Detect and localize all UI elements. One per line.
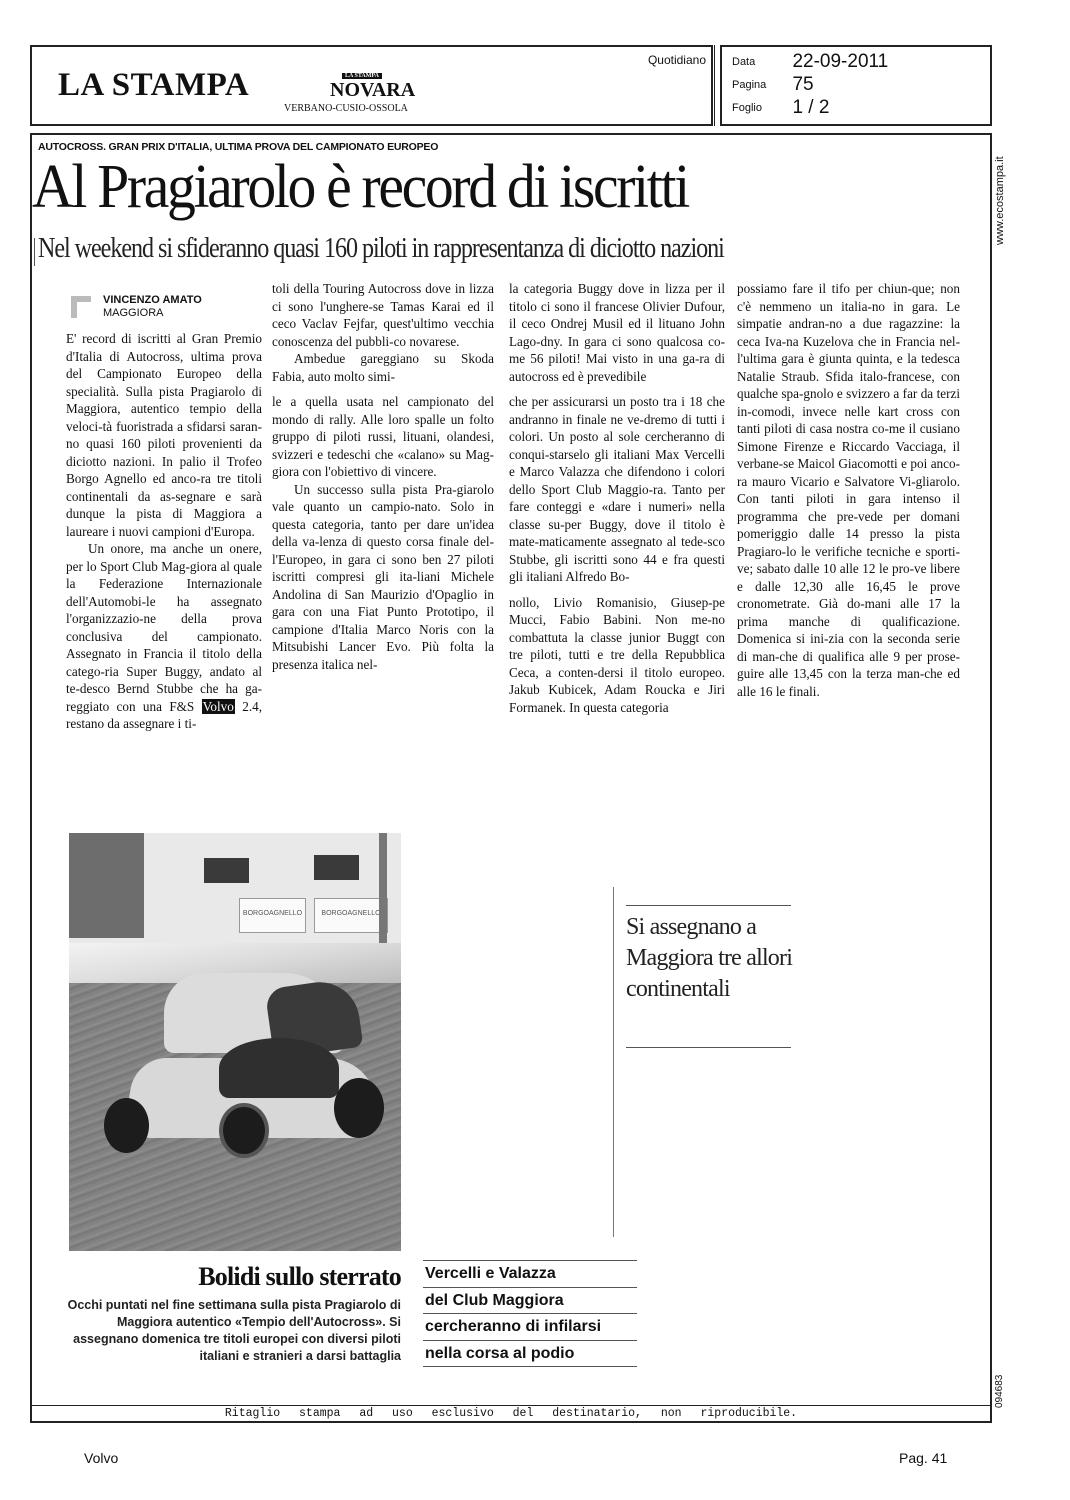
edition-region: VERBANO-CUSIO-OSSOLA (284, 103, 408, 114)
photo-wheel (334, 1078, 384, 1138)
masthead-box: LA STAMPA LA STAMPA NOVARA VERBANO-CUSIO… (30, 45, 713, 126)
edition-name: NOVARA (330, 79, 415, 102)
paragraph: nollo, Livio Romanisio, Giusep-pe Mucci,… (509, 594, 725, 717)
side-code: 094683 (994, 1362, 1016, 1412)
page-value: 75 (792, 74, 813, 95)
subhead-rule (34, 238, 35, 266)
article-column-4: possiamo fare il tifo per chiun-que; non… (737, 280, 960, 700)
sheet-label: Foglio (732, 102, 788, 114)
pullquote-rule-vertical (613, 887, 614, 1237)
paragraph: E' record di iscritti al Gran Premio d'I… (66, 330, 262, 540)
race-photo: BORGOAGNELLO BORGOAGNELLO (69, 833, 401, 1251)
pullquote-rule-top (626, 905, 791, 906)
photo-window (314, 855, 359, 880)
pullquote-rule-bottom (626, 1047, 791, 1048)
date-value: 22-09-2011 (792, 51, 888, 72)
secondary-headline-rule (423, 1366, 637, 1367)
secondary-headline-line: del Club Maggiora (423, 1287, 637, 1314)
secondary-headline-line: Vercelli e Valazza (423, 1260, 637, 1287)
footer-divider (32, 1405, 990, 1406)
paragraph: la categoria Buggy dove in lizza per il … (509, 280, 725, 385)
byline-corner-mark (71, 296, 91, 318)
secondary-headline-line: cercheranno di infilarsi (423, 1313, 637, 1340)
footer-keyword: Volvo (84, 1450, 118, 1466)
photo-wheel (219, 1103, 269, 1158)
paragraph: che per assicurarsi un posto tra i 18 ch… (509, 393, 725, 586)
paragraph: Un successo sulla pista Pra-giarolo vale… (272, 481, 494, 674)
date-label: Data (732, 56, 788, 68)
footer-page-number: Pag. 41 (899, 1450, 947, 1466)
photo-buggy-cockpit (219, 1038, 339, 1098)
copyright-disclaimer: Ritaglio stampa ad uso esclusivo del des… (32, 1407, 990, 1420)
photo-window (204, 858, 249, 883)
paragraph: le a quella usata nel campionato del mon… (272, 393, 494, 481)
article-subhead: Nel weekend si sfideranno quasi 160 pilo… (38, 233, 724, 265)
article-column-1: E' record di iscritti al Gran Premio d'I… (66, 330, 262, 733)
article-column-3: la categoria Buggy dove in lizza per il … (509, 280, 725, 716)
page-label: Pagina (732, 79, 788, 91)
photo-sponsor-sign: BORGOAGNELLO (239, 898, 306, 933)
pull-quote: Si assegnano a Maggiora tre allori conti… (626, 912, 796, 1005)
publication-type: Quotidiano (648, 53, 706, 67)
date-row: Data 22-09-2011 (732, 51, 888, 73)
paragraph: Un onore, ma anche un onere, per lo Spor… (66, 540, 262, 733)
photo-sponsor-sign: BORGOAGNELLO (314, 898, 388, 933)
metadata-box: Data 22-09-2011 Pagina 75 Foglio 1 / 2 (720, 45, 992, 126)
article-column-2: toli della Touring Autocross dove in liz… (272, 280, 494, 673)
byline-author: VINCENZO AMATO (103, 294, 202, 306)
secondary-headline: Vercelli e Valazza del Club Maggiora cer… (423, 1260, 637, 1367)
newspaper-brand: LA STAMPA (58, 67, 249, 104)
side-code-text: 094683 (994, 1375, 1005, 1408)
photo-wheel (104, 1098, 149, 1153)
paragraph: possiamo fare il tifo per chiun-que; non… (737, 280, 960, 700)
paragraph: Ambedue gareggiano su Skoda Fabia, auto … (272, 350, 494, 385)
page-row: Pagina 75 (732, 74, 814, 96)
photo-title: Bolidi sullo sterrato (60, 1262, 401, 1292)
sheet-value: 1 / 2 (792, 97, 829, 118)
paragraph-text: Un onore, ma anche un onere, per lo Spor… (66, 541, 262, 714)
side-url: www.ecostampa.it (994, 145, 1016, 245)
photo-caption: Occhi puntati nel fine settimana sulla p… (60, 1297, 401, 1365)
paragraph: toli della Touring Autocross dove in liz… (272, 280, 494, 350)
secondary-headline-line: nella corsa al podio (423, 1340, 637, 1367)
article-headline: Al Pragiarolo è record di iscritti (32, 152, 688, 223)
photo-building-shadow (69, 833, 144, 938)
sheet-row: Foglio 1 / 2 (732, 97, 829, 119)
keyword-highlight: Volvo (202, 699, 235, 714)
side-url-text: www.ecostampa.it (994, 156, 1006, 245)
byline-place: MAGGIORA (103, 307, 164, 319)
